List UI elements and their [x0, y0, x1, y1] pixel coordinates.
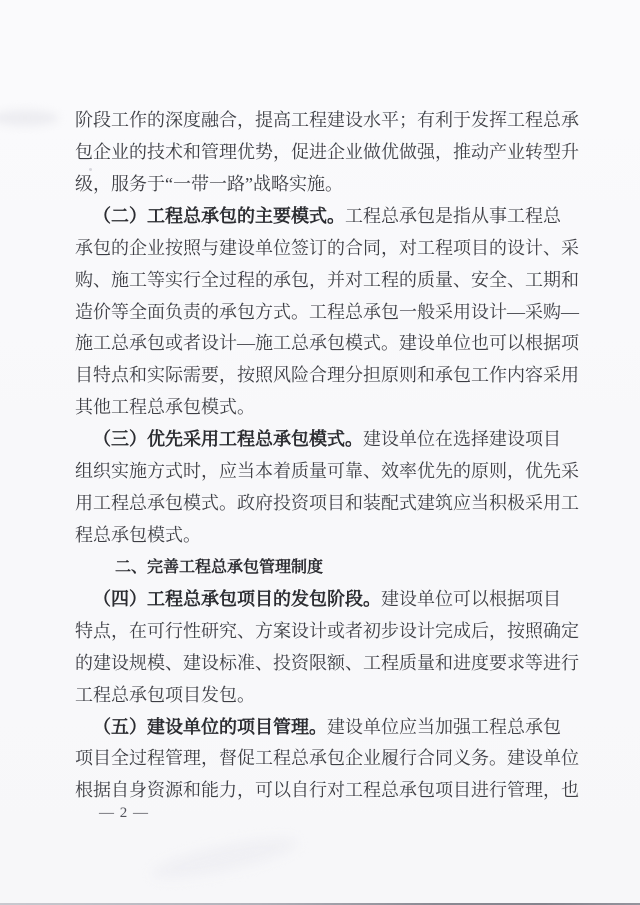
text-line: 施工总承包或者设计—施工总承包模式。建设单位也可以根据项 — [75, 328, 595, 360]
line-text: 建设单位在选择建设项目 — [363, 429, 561, 449]
paragraph-lead: （五）建设单位的项目管理。 — [93, 717, 327, 737]
page-number: — 2 — — [99, 803, 149, 823]
line-text: 阶段工作的深度融合，提高工程建设水平；有利于发挥工程总承 — [75, 110, 579, 130]
text-line: 阶段工作的深度融合，提高工程建设水平；有利于发挥工程总承 — [75, 105, 595, 137]
line-text: 承包的企业按照与建设单位签订的合同，对工程项目的设计、采 — [75, 238, 579, 258]
line-text: 其他工程总承包模式。 — [75, 397, 255, 417]
text-line: 购、施工等实行全过程的承包，并对工程的质量、安全、工期和 — [75, 265, 595, 297]
line-text: 造价等全面负责的承包方式。工程总承包一般采用设计—采购— — [75, 302, 579, 322]
text-line: 的建设规模、建设标准、投资限额、工程质量和进度要求等进行 — [75, 648, 595, 680]
line-text: 建设单位可以根据项目 — [381, 589, 561, 609]
text-line: 特点，在可行性研究、方案设计或者初步设计完成后，按照确定 — [75, 616, 595, 648]
paragraph-lead: 二、完善工程总承包管理制度 — [115, 559, 323, 576]
text-line: 组织实施方式时，应当本着质量可靠、效率优先的原则，优先采 — [75, 456, 595, 488]
line-text: 用工程总承包模式。政府投资项目和装配式建筑应当积极采用工 — [75, 493, 579, 513]
section-heading: 二、完善工程总承包管理制度 — [75, 552, 595, 584]
text-line: 造价等全面负责的承包方式。工程总承包一般采用设计—采购— — [75, 297, 595, 329]
text-line: （五）建设单位的项目管理。建设单位应当加强工程总承包 — [75, 712, 595, 744]
line-text: 项目全过程管理，督促工程总承包企业履行合同义务。建设单位 — [75, 748, 579, 768]
line-text: 施工总承包或者设计—施工总承包模式。建设单位也可以根据项 — [75, 333, 579, 353]
text-line: （四）工程总承包项目的发包阶段。建设单位可以根据项目 — [75, 584, 595, 616]
line-text: 工程总承包项目发包。 — [75, 685, 255, 705]
paragraph-lead: （四）工程总承包项目的发包阶段。 — [93, 589, 381, 609]
text-line: （二）工程总承包的主要模式。工程总承包是指从事工程总 — [75, 201, 595, 233]
line-text: 级，服务于“一带一路”战略实施。 — [75, 174, 343, 194]
line-text: 工程总承包是指从事工程总 — [345, 206, 561, 226]
line-text: 包企业的技术和管理优势，促进企业做优做强，推动产业转型升 — [75, 142, 579, 162]
scan-artifact — [0, 110, 58, 126]
line-text: 的建设规模、建设标准、投资限额、工程质量和进度要求等进行 — [75, 653, 579, 673]
text-line: 工程总承包项目发包。 — [75, 680, 595, 712]
scan-artifact — [149, 830, 301, 887]
text-line: 级，服务于“一带一路”战略实施。 — [75, 169, 595, 201]
text-line: 用工程总承包模式。政府投资项目和装配式建筑应当积极采用工 — [75, 488, 595, 520]
scanned-document-page: 阶段工作的深度融合，提高工程建设水平；有利于发挥工程总承包企业的技术和管理优势，… — [0, 0, 640, 905]
text-line: 其他工程总承包模式。 — [75, 392, 595, 424]
text-line: 包企业的技术和管理优势，促进企业做优做强，推动产业转型升 — [75, 137, 595, 169]
text-line: 承包的企业按照与建设单位签订的合同，对工程项目的设计、采 — [75, 233, 595, 265]
line-text: 组织实施方式时，应当本着质量可靠、效率优先的原则，优先采 — [75, 461, 579, 481]
line-text: 特点，在可行性研究、方案设计或者初步设计完成后，按照确定 — [75, 621, 579, 641]
paragraph-lead: （二）工程总承包的主要模式。 — [93, 206, 345, 226]
text-line: 目特点和实际需要，按照风险合理分担原则和承包工作内容采用 — [75, 360, 595, 392]
line-text: 购、施工等实行全过程的承包，并对工程的质量、安全、工期和 — [75, 270, 579, 290]
document-body: 阶段工作的深度融合，提高工程建设水平；有利于发挥工程总承包企业的技术和管理优势，… — [75, 105, 595, 807]
line-text: 目特点和实际需要，按照风险合理分担原则和承包工作内容采用 — [75, 365, 579, 385]
line-text: 根据自身资源和能力，可以自行对工程总承包项目进行管理，也 — [75, 780, 579, 800]
line-text: 程总承包模式。 — [75, 525, 201, 545]
line-text: 建设单位应当加强工程总承包 — [327, 717, 561, 737]
text-line: 项目全过程管理，督促工程总承包企业履行合同义务。建设单位 — [75, 743, 595, 775]
text-line: 程总承包模式。 — [75, 520, 595, 552]
text-line: （三）优先采用工程总承包模式。建设单位在选择建设项目 — [75, 424, 595, 456]
paragraph-lead: （三）优先采用工程总承包模式。 — [93, 429, 363, 449]
text-line: 根据自身资源和能力，可以自行对工程总承包项目进行管理，也 — [75, 775, 595, 807]
